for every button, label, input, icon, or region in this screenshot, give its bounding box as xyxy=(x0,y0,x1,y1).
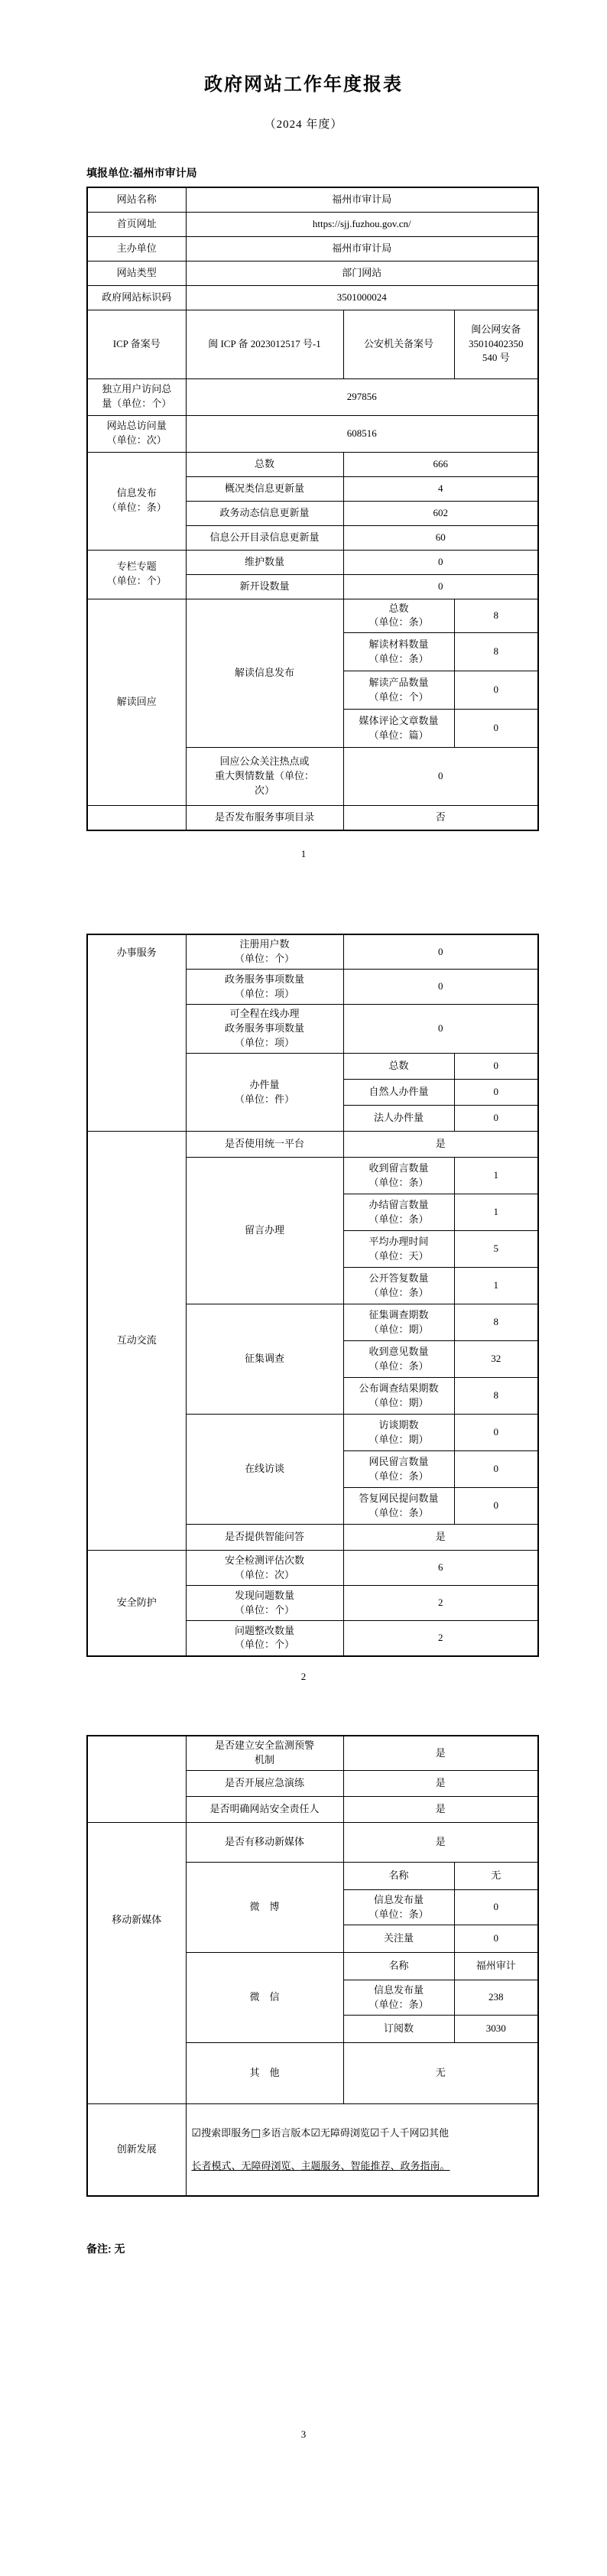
mobile-media-category: 移动新媒体 xyxy=(87,1823,186,2104)
service-items-value: 0 xyxy=(343,970,538,1005)
table-row: 创新发展 ☑搜索即服务□多语言版本☑无障碍浏览☑千人千网☑其他 长者模式、无障碍… xyxy=(87,2104,538,2196)
table-row: 网站名称 福州市审计局 xyxy=(87,187,538,212)
cases-total-value: 0 xyxy=(454,1054,538,1080)
organizer-label: 主办单位 xyxy=(87,236,186,261)
unified-platform-value: 是 xyxy=(343,1132,538,1158)
info-pub-news-value: 602 xyxy=(343,501,538,525)
cases-legal-value: 0 xyxy=(454,1106,538,1132)
smart-qa-value: 是 xyxy=(343,1525,538,1551)
interviews-count-value: 0 xyxy=(454,1415,538,1451)
columns-maintained-value: 0 xyxy=(343,550,538,574)
info-pub-total-value: 666 xyxy=(343,452,538,476)
checkbox-option: ☑无障碍浏览 xyxy=(310,2127,370,2139)
annual-report-document: 政府网站工作年度报表 （2024 年度） 填报单位:福州市审计局 网站名称 福州… xyxy=(0,0,607,2441)
surveys-label: 征集调查 xyxy=(186,1304,343,1415)
interp-materials-value: 8 xyxy=(454,633,538,671)
interp-products-label: 解读产品数量 （单位：个） xyxy=(343,671,454,710)
checkbox-label: 千人千网 xyxy=(379,2127,419,2139)
emergency-drill-label: 是否开展应急演练 xyxy=(186,1771,343,1797)
security-assessments-value: 6 xyxy=(343,1551,538,1586)
cases-legal-label: 法人办件量 xyxy=(343,1106,454,1132)
weibo-followers-value: 0 xyxy=(454,1925,538,1953)
hotspot-response-value: 0 xyxy=(343,748,538,806)
messages-completed-label: 办结留言数量 （单位：条） xyxy=(343,1194,454,1231)
service-items-label: 政务服务事项数量 （单位：项） xyxy=(186,970,343,1005)
page-number: 1 xyxy=(0,848,607,860)
site-name-label: 网站名称 xyxy=(87,187,186,212)
interviews-count-label: 访谈期数 （单位：期） xyxy=(343,1415,454,1451)
report-year-subtitle: （2024 年度） xyxy=(0,115,607,132)
registered-users-label: 注册用户数 （单位：个） xyxy=(186,934,343,970)
table-row: 主办单位 福州市审计局 xyxy=(87,236,538,261)
site-code-label: 政府网站标识码 xyxy=(87,285,186,310)
table-row: 办事服务 注册用户数 （单位：个） 0 xyxy=(87,934,538,970)
security-monitoring-value: 是 xyxy=(343,1736,538,1771)
site-name-value: 福州市审计局 xyxy=(186,187,538,212)
unified-platform-label: 是否使用统一平台 xyxy=(186,1132,343,1158)
table-row: ICP 备案号 闽 ICP 备 2023012517 号-1 公安机关备案号 闽… xyxy=(87,310,538,378)
services-category: 办事服务 xyxy=(87,934,186,1132)
site-type-label: 网站类型 xyxy=(87,261,186,285)
page-number: 2 xyxy=(0,1671,607,1683)
checkbox-label: 无障碍浏览 xyxy=(320,2127,370,2139)
total-visits-value: 608516 xyxy=(186,415,538,452)
table-row: 互动交流 是否使用统一平台 是 xyxy=(87,1132,538,1158)
table-row: 移动新媒体 是否有移动新媒体 是 xyxy=(87,1823,538,1863)
security-issues-found-label: 发现问题数量 （单位：个） xyxy=(186,1586,343,1621)
interp-products-value: 0 xyxy=(454,671,538,710)
info-pub-total-label: 总数 xyxy=(186,452,343,476)
site-code-value: 3501000024 xyxy=(186,285,538,310)
registered-users-value: 0 xyxy=(343,934,538,970)
columns-maintained-label: 维护数量 xyxy=(186,550,343,574)
table-row: 信息发布 （单位：条） 总数 666 xyxy=(87,452,538,476)
interp-materials-label: 解读材料数量 （单位：条） xyxy=(343,633,454,671)
table-row: 政府网站标识码 3501000024 xyxy=(87,285,538,310)
special-columns-category: 专栏专题 （单位：个） xyxy=(87,550,186,599)
surveys-count-label: 征集调查期数 （单位：期） xyxy=(343,1304,454,1341)
cases-natural-label: 自然人办件量 xyxy=(343,1080,454,1106)
online-service-items-label: 可全程在线办理 政务服务事项数量 （单位：项） xyxy=(186,1005,343,1054)
empty-cell xyxy=(87,1736,186,1823)
columns-new-value: 0 xyxy=(343,574,538,599)
report-title: 政府网站工作年度报表 xyxy=(0,0,607,96)
messages-label: 留言办理 xyxy=(186,1158,343,1304)
home-url-value: https://sjj.fuzhou.gov.cn/ xyxy=(186,212,538,236)
weibo-followers-label: 关注量 xyxy=(343,1925,454,1953)
hotspot-response-label: 回应公众关注热点或 重大舆情数量（单位： 次） xyxy=(186,748,343,806)
icp-value: 闽 ICP 备 2023012517 号-1 xyxy=(186,310,343,378)
interpretation-category: 解读回应 xyxy=(87,599,186,806)
wechat-subscribers-value: 3030 xyxy=(454,2016,538,2043)
messages-public-reply-value: 1 xyxy=(454,1268,538,1304)
wechat-posts-value: 238 xyxy=(454,1980,538,2016)
messages-public-reply-label: 公开答复数量 （单位：条） xyxy=(343,1268,454,1304)
checked-checkbox-icon: ☑ xyxy=(192,2127,202,2139)
checkbox-option: □多语言版本 xyxy=(251,2127,310,2139)
has-mobile-media-value: 是 xyxy=(343,1823,538,1863)
total-visits-label: 网站总访问量 （单位：次） xyxy=(87,415,186,452)
psb-record-label: 公安机关备案号 xyxy=(343,310,454,378)
table-row: 安全防护 安全检测评估次数 （单位：次） 6 xyxy=(87,1551,538,1586)
surveys-published-label: 公布调查结果期数 （单位：期） xyxy=(343,1378,454,1415)
interviews-messages-value: 0 xyxy=(454,1451,538,1488)
info-pub-category: 信息发布 （单位：条） xyxy=(87,452,186,550)
table-row: 独立用户访问总 量（单位：个） 297856 xyxy=(87,378,538,415)
page-number: 3 xyxy=(0,2428,607,2441)
has-mobile-media-label: 是否有移动新媒体 xyxy=(186,1823,343,1863)
wechat-name-label: 名称 xyxy=(343,1953,454,1980)
innovation-content: ☑搜索即服务□多语言版本☑无障碍浏览☑千人千网☑其他 长者模式、无障碍浏览、主题… xyxy=(186,2104,538,2196)
cases-total-label: 总数 xyxy=(343,1054,454,1080)
service-catalog-value: 否 xyxy=(343,806,538,830)
unique-visitors-value: 297856 xyxy=(186,378,538,415)
innovation-other-detail: 长者模式、无障碍浏览、主题服务、智能推荐、政务指南。 xyxy=(192,2158,533,2175)
empty-cell xyxy=(87,806,186,830)
messages-received-value: 1 xyxy=(454,1158,538,1194)
weibo-name-value: 无 xyxy=(454,1863,538,1890)
table-row: 专栏专题 （单位：个） 维护数量 0 xyxy=(87,550,538,574)
checked-checkbox-icon: ☑ xyxy=(419,2127,429,2139)
checked-checkbox-icon: ☑ xyxy=(310,2127,320,2139)
wechat-name-value: 福州审计 xyxy=(454,1953,538,1980)
remarks: 备注: 无 xyxy=(86,2241,607,2256)
unique-visitors-label: 独立用户访问总 量（单位：个） xyxy=(87,378,186,415)
checkbox-option: ☑搜索即服务 xyxy=(192,2127,252,2139)
columns-new-label: 新开设数量 xyxy=(186,574,343,599)
messages-avgtime-value: 5 xyxy=(454,1231,538,1268)
innovation-options: ☑搜索即服务□多语言版本☑无障碍浏览☑千人千网☑其他 xyxy=(192,2125,533,2143)
weibo-posts-label: 信息发布量 （单位：条） xyxy=(343,1890,454,1925)
messages-completed-value: 1 xyxy=(454,1194,538,1231)
checked-checkbox-icon: ☑ xyxy=(370,2127,380,2139)
interviews-messages-label: 网民留言数量 （单位：条） xyxy=(343,1451,454,1488)
table-row: 是否建立安全监测预警 机制 是 xyxy=(87,1736,538,1771)
cases-natural-value: 0 xyxy=(454,1080,538,1106)
security-officer-value: 是 xyxy=(343,1797,538,1823)
home-url-label: 首页网址 xyxy=(87,212,186,236)
security-issues-fixed-value: 2 xyxy=(343,1621,538,1656)
interviews-label: 在线访谈 xyxy=(186,1415,343,1525)
interviews-replies-label: 答复网民提问数量 （单位：条） xyxy=(343,1488,454,1525)
interp-media-label: 媒体评论文章数量 （单位：篇） xyxy=(343,710,454,748)
security-category: 安全防护 xyxy=(87,1551,186,1656)
wechat-posts-label: 信息发布量 （单位：条） xyxy=(343,1980,454,2016)
filing-unit: 填报单位:福州市审计局 xyxy=(86,165,607,180)
messages-avgtime-label: 平均办理时间 （单位：天） xyxy=(343,1231,454,1268)
security-issues-fixed-label: 问题整改数量 （单位：个） xyxy=(186,1621,343,1656)
icp-label: ICP 备案号 xyxy=(87,310,186,378)
table-row: 是否发布服务事项目录 否 xyxy=(87,806,538,830)
table-row: 解读回应 解读信息发布 总数 （单位：条） 8 xyxy=(87,599,538,633)
checkbox-label: 其他 xyxy=(429,2127,449,2139)
table-row: 网站类型 部门网站 xyxy=(87,261,538,285)
security-issues-found-value: 2 xyxy=(343,1586,538,1621)
info-pub-catalog-label: 信息公开目录信息更新量 xyxy=(186,525,343,550)
emergency-drill-value: 是 xyxy=(343,1771,538,1797)
table-row: 网站总访问量 （单位：次） 608516 xyxy=(87,415,538,452)
security-officer-label: 是否明确网站安全责任人 xyxy=(186,1797,343,1823)
checkbox-label: 多语言版本 xyxy=(261,2127,310,2139)
messages-received-label: 收到留言数量 （单位：条） xyxy=(343,1158,454,1194)
online-service-items-value: 0 xyxy=(343,1005,538,1054)
services-interaction-security-table: 办事服务 注册用户数 （单位：个） 0 政务服务事项数量 （单位：项） 0 可全… xyxy=(86,934,539,1657)
interaction-category: 互动交流 xyxy=(87,1132,186,1551)
weibo-posts-value: 0 xyxy=(454,1890,538,1925)
surveys-opinions-value: 32 xyxy=(454,1341,538,1378)
service-catalog-label: 是否发布服务事项目录 xyxy=(186,806,343,830)
security-monitoring-label: 是否建立安全监测预警 机制 xyxy=(186,1736,343,1771)
info-pub-overview-label: 概况类信息更新量 xyxy=(186,476,343,501)
organizer-value: 福州市审计局 xyxy=(186,236,538,261)
security-media-innovation-table: 是否建立安全监测预警 机制 是 是否开展应急演练 是 是否明确网站安全责任人 是… xyxy=(86,1735,539,2197)
info-pub-overview-value: 4 xyxy=(343,476,538,501)
wechat-subscribers-label: 订阅数 xyxy=(343,2016,454,2043)
weibo-label: 微 博 xyxy=(186,1863,343,1953)
site-type-value: 部门网站 xyxy=(186,261,538,285)
other-media-label: 其 他 xyxy=(186,2043,343,2104)
surveys-opinions-label: 收到意见数量 （单位：条） xyxy=(343,1341,454,1378)
psb-record-value: 闽公网安备 35010402350 540 号 xyxy=(454,310,538,378)
cases-label: 办件量 （单位：件） xyxy=(186,1054,343,1132)
table-row: 首页网址 https://sjj.fuzhou.gov.cn/ xyxy=(87,212,538,236)
unchecked-checkbox-icon: □ xyxy=(251,2127,261,2139)
surveys-published-value: 8 xyxy=(454,1378,538,1415)
interp-total-label: 总数 （单位：条） xyxy=(343,599,454,633)
wechat-label: 微 信 xyxy=(186,1953,343,2043)
info-pub-catalog-value: 60 xyxy=(343,525,538,550)
weibo-name-label: 名称 xyxy=(343,1863,454,1890)
security-assessments-label: 安全检测评估次数 （单位：次） xyxy=(186,1551,343,1586)
checkbox-label: 搜索即服务 xyxy=(201,2127,251,2139)
other-media-value: 无 xyxy=(343,2043,538,2104)
info-pub-news-label: 政务动态信息更新量 xyxy=(186,501,343,525)
surveys-count-value: 8 xyxy=(454,1304,538,1341)
interp-media-value: 0 xyxy=(454,710,538,748)
interp-total-value: 8 xyxy=(454,599,538,633)
checkbox-option: ☑千人千网 xyxy=(370,2127,420,2139)
interpretation-pub-label: 解读信息发布 xyxy=(186,599,343,748)
smart-qa-label: 是否提供智能问答 xyxy=(186,1525,343,1551)
basic-info-table: 网站名称 福州市审计局 首页网址 https://sjj.fuzhou.gov.… xyxy=(86,187,539,831)
checkbox-option: ☑其他 xyxy=(419,2127,449,2139)
interviews-replies-value: 0 xyxy=(454,1488,538,1525)
innovation-category: 创新发展 xyxy=(87,2104,186,2196)
